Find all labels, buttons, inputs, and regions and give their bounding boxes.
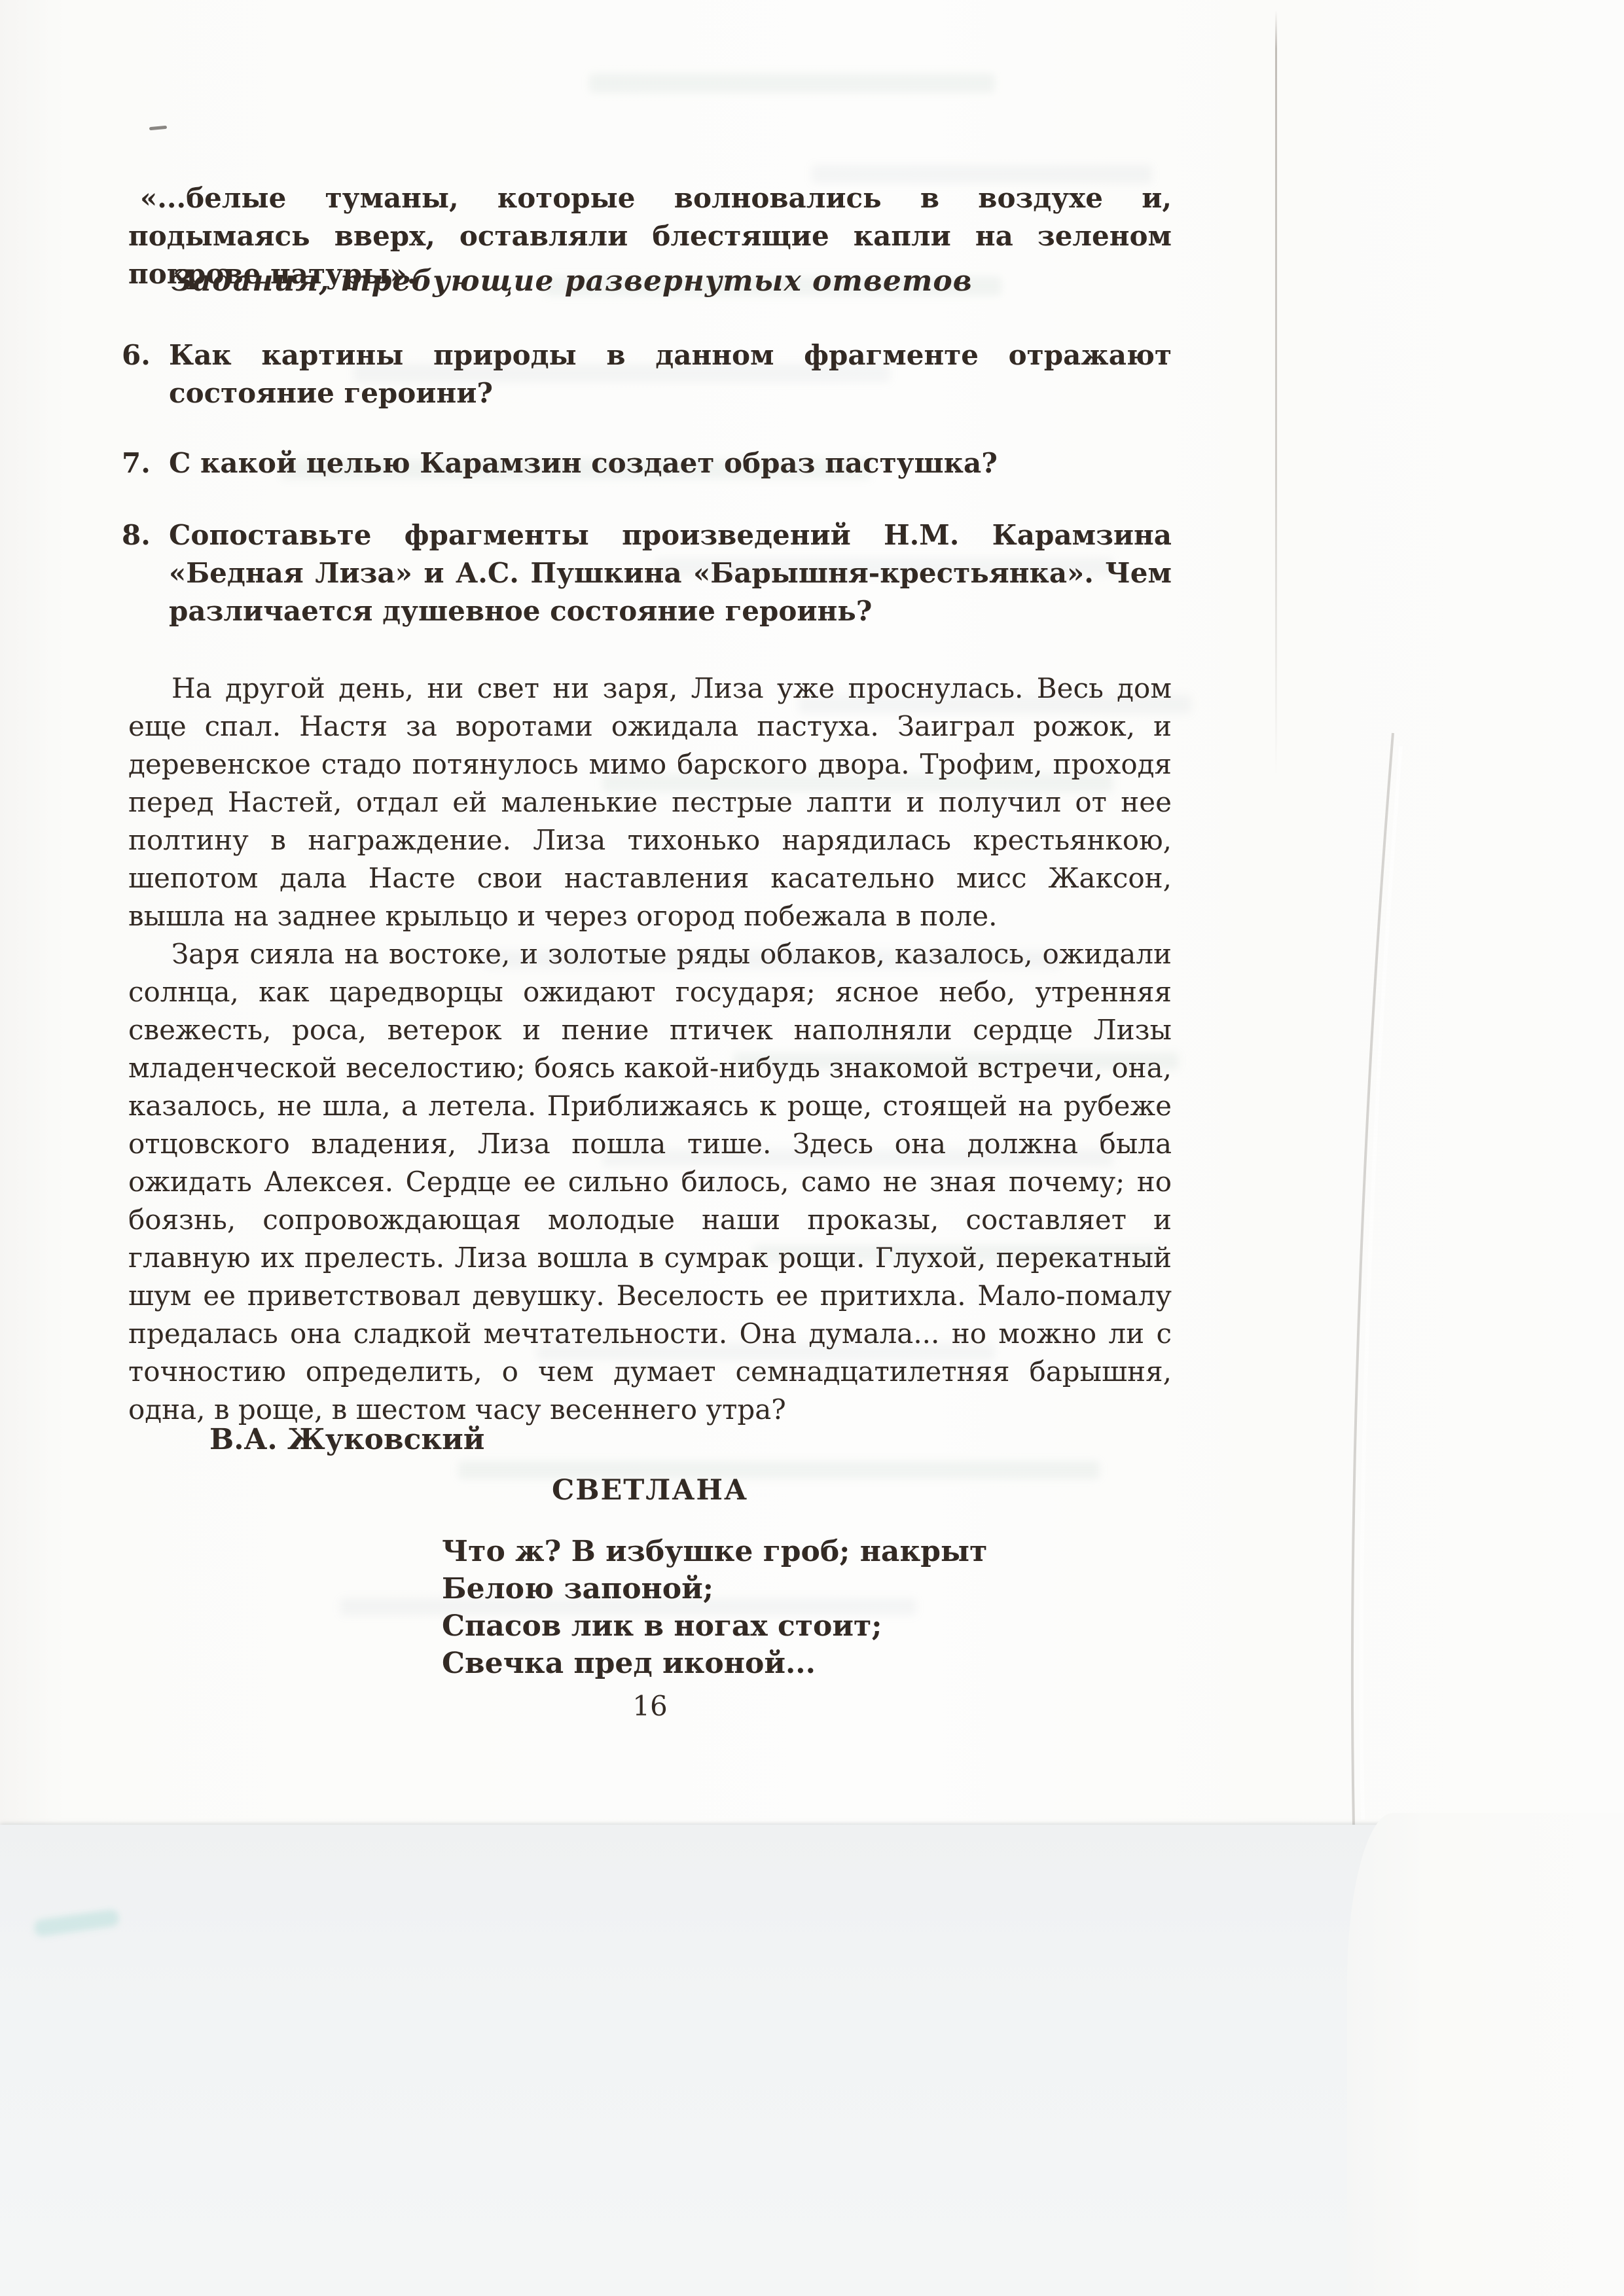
scanned-book-page: «...белые туманы, которые волновались в … xyxy=(0,0,1624,2296)
curled-page-edge xyxy=(1347,1813,1624,2296)
